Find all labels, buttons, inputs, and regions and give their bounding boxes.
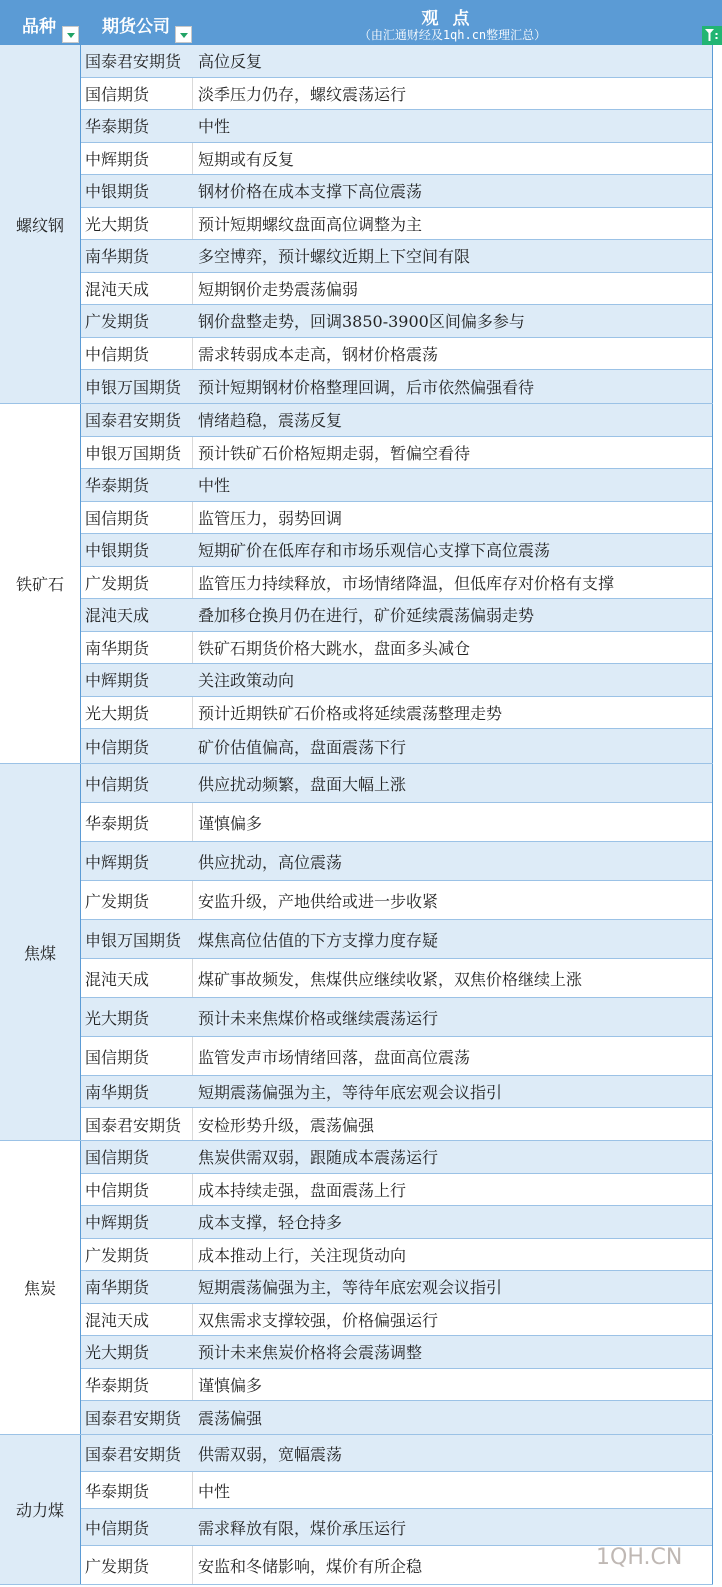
opinion-cell: 安检形势升级，震荡偏强 [193, 1113, 374, 1136]
table-row: 南华期货铁矿石期货价格大跳水，盘面多头减仓 [81, 632, 712, 665]
company-cell: 华泰期货 [81, 1369, 193, 1401]
table-row: 国泰君安期货供需双弱，宽幅震荡 [81, 1435, 712, 1472]
table-row: 国泰君安期货情绪趋稳，震荡反复 [81, 404, 712, 437]
table-row: 国信期货监管发声市场情绪回落，盘面高位震荡 [81, 1037, 712, 1076]
opinion-cell: 需求转弱成本走高，钢材价格震荡 [193, 342, 438, 365]
opinion-cell: 叠加移仓换月仍在进行，矿价延续震荡偏弱走势 [193, 603, 534, 626]
opinion-column-subtitle: （由汇通财经及1qh.cn整理汇总） [193, 26, 712, 43]
table-row: 中辉期货供应扰动，高位震荡 [81, 842, 712, 881]
category-group: 焦煤中信期货供应扰动频繁，盘面大幅上涨华泰期货谨慎偏多中辉期货供应扰动，高位震荡… [0, 764, 713, 1141]
opinion-cell: 预计短期螺纹盘面高位调整为主 [193, 212, 422, 235]
opinion-cell: 监管发声市场情绪回落，盘面高位震荡 [193, 1045, 470, 1068]
table-row: 中辉期货短期或有反复 [81, 143, 712, 176]
company-cell: 国泰君安期货 [81, 404, 193, 436]
company-cell: 广发期货 [81, 881, 193, 919]
opinion-cell: 预计短期钢材价格整理回调，后市依然偏强看待 [193, 375, 534, 398]
company-filter-dropdown-icon[interactable] [175, 26, 192, 43]
company-cell: 南华期货 [81, 240, 193, 272]
opinion-cell: 焦炭供需双弱，跟随成本震荡运行 [193, 1145, 438, 1168]
table-row: 中信期货需求转弱成本走高，钢材价格震荡 [81, 338, 712, 371]
company-cell: 中辉期货 [81, 664, 193, 696]
company-cell: 中信期货 [81, 338, 193, 370]
opinion-cell: 供应扰动，高位震荡 [193, 850, 342, 873]
table-row: 国信期货监管压力，弱势回调 [81, 502, 712, 535]
table-row: 中辉期货成本支撑，轻仓持多 [81, 1206, 712, 1239]
table-row: 国泰君安期货高位反复 [81, 45, 712, 78]
opinion-cell: 供需双弱，宽幅震荡 [193, 1442, 342, 1465]
company-cell: 华泰期货 [81, 803, 193, 841]
table-row: 光大期货预计未来焦炭价格将会震荡调整 [81, 1336, 712, 1369]
company-cell: 中信期货 [81, 729, 193, 763]
opinion-cell: 谨慎偏多 [193, 811, 262, 834]
group-rows: 国泰君安期货情绪趋稳，震荡反复申银万国期货预计铁矿石价格短期走弱，暂偏空看待华泰… [81, 404, 713, 763]
table-row: 国信期货焦炭供需双弱，跟随成本震荡运行 [81, 1141, 712, 1174]
company-cell: 广发期货 [81, 567, 193, 599]
category-filter-dropdown-icon[interactable] [62, 26, 79, 43]
opinion-cell: 中性 [193, 1479, 230, 1502]
opinion-cell: 预计近期铁矿石价格或将延续震荡整理走势 [193, 701, 502, 724]
table-row: 光大期货预计短期螺纹盘面高位调整为主 [81, 208, 712, 241]
table-row: 华泰期货谨慎偏多 [81, 803, 712, 842]
table-row: 中信期货成本持续走强，盘面震荡上行 [81, 1174, 712, 1207]
opinion-cell: 短期钢价走势震荡偏弱 [193, 277, 358, 300]
opinion-cell: 煤矿事故频发，焦煤供应继续收紧，双焦价格继续上涨 [193, 967, 582, 990]
opinion-cell: 短期震荡偏强为主，等待年底宏观会议指引 [193, 1080, 502, 1103]
table-row: 国泰君安期货安检形势升级，震荡偏强 [81, 1108, 712, 1140]
company-cell: 华泰期货 [81, 110, 193, 142]
company-cell: 光大期货 [81, 697, 193, 729]
opinion-cell: 双焦需求支撑较强，价格偏强运行 [193, 1308, 438, 1331]
table-row: 中银期货短期矿价在低库存和市场乐观信心支撑下高位震荡 [81, 534, 712, 567]
company-cell: 光大期货 [81, 1336, 193, 1368]
opinion-cell: 中性 [193, 114, 230, 137]
opinion-cell: 预计未来焦煤价格或继续震荡运行 [193, 1006, 438, 1029]
company-cell: 国泰君安期货 [81, 1435, 193, 1471]
table-row: 混沌天成叠加移仓换月仍在进行，矿价延续震荡偏弱走势 [81, 599, 712, 632]
company-cell: 光大期货 [81, 208, 193, 240]
opinion-cell: 高位反复 [193, 49, 262, 72]
table-row: 广发期货钢价盘整走势，回调3850-3900区间偏多参与 [81, 305, 712, 338]
table-header: 品种 期货公司 观点 （由汇通财经及1qh.cn整理汇总） [0, 0, 722, 45]
opinion-cell: 短期或有反复 [193, 147, 294, 170]
table-row: 光大期货预计近期铁矿石价格或将延续震荡整理走势 [81, 697, 712, 730]
opinion-cell: 关注政策动向 [193, 668, 294, 691]
opinion-cell: 监管压力持续释放，市场情绪降温，但低库存对价格有支撑 [193, 571, 614, 594]
company-cell: 中银期货 [81, 534, 193, 566]
category-cell: 螺纹钢 [0, 45, 81, 403]
category-group: 螺纹钢国泰君安期货高位反复国信期货淡季压力仍存，螺纹震荡运行华泰期货中性中辉期货… [0, 45, 713, 404]
opinion-cell: 需求释放有限，煤价承压运行 [193, 1516, 406, 1539]
opinion-cell: 中性 [193, 473, 230, 496]
category-cell: 焦煤 [0, 764, 81, 1140]
company-cell: 国泰君安期货 [81, 1401, 193, 1434]
opinion-cell: 安监和冬储影响，煤价有所企稳 [193, 1554, 422, 1577]
opinion-cell: 矿价估值偏高，盘面震荡下行 [193, 735, 406, 758]
table-row: 中银期货钢材价格在成本支撑下高位震荡 [81, 175, 712, 208]
category-column-header: 品种 [22, 12, 56, 37]
category-cell: 铁矿石 [0, 404, 81, 763]
opinion-cell: 钢价盘整走势，回调3850-3900区间偏多参与 [193, 309, 525, 332]
company-cell: 南华期货 [81, 1271, 193, 1303]
table-row: 中信期货矿价估值偏高，盘面震荡下行 [81, 729, 712, 763]
company-cell: 南华期货 [81, 1076, 193, 1107]
opinion-cell: 供应扰动频繁，盘面大幅上涨 [193, 772, 406, 795]
table-row: 中信期货需求释放有限，煤价承压运行 [81, 1509, 712, 1546]
company-cell: 国信期货 [81, 1037, 193, 1075]
table-row: 申银万国期货煤焦高位估值的下方支撑力度存疑 [81, 920, 712, 959]
opinion-cell: 安监升级，产地供给或进一步收紧 [193, 889, 438, 912]
opinion-cell: 预计铁矿石价格短期走弱，暂偏空看待 [193, 441, 470, 464]
table-row: 华泰期货中性 [81, 1472, 712, 1509]
table-row: 申银万国期货预计短期钢材价格整理回调，后市依然偏强看待 [81, 370, 712, 403]
group-rows: 中信期货供应扰动频繁，盘面大幅上涨华泰期货谨慎偏多中辉期货供应扰动，高位震荡广发… [81, 764, 713, 1140]
company-cell: 国信期货 [81, 1141, 193, 1173]
opinion-cell: 情绪趋稳，震荡反复 [193, 408, 342, 431]
company-cell: 申银万国期货 [81, 920, 193, 958]
opinion-cell: 成本持续走强，盘面震荡上行 [193, 1178, 406, 1201]
table-row: 华泰期货中性 [81, 110, 712, 143]
company-cell: 混沌天成 [81, 1304, 193, 1336]
table-row: 华泰期货谨慎偏多 [81, 1369, 712, 1402]
table-row: 华泰期货中性 [81, 469, 712, 502]
category-cell: 焦炭 [0, 1141, 81, 1434]
opinion-cell: 短期矿价在低库存和市场乐观信心支撑下高位震荡 [193, 538, 550, 561]
company-cell: 华泰期货 [81, 1472, 193, 1508]
table-row: 南华期货短期震荡偏强为主，等待年底宏观会议指引 [81, 1271, 712, 1304]
category-group: 铁矿石国泰君安期货情绪趋稳，震荡反复申银万国期货预计铁矿石价格短期走弱，暂偏空看… [0, 404, 713, 764]
company-cell: 中信期货 [81, 764, 193, 802]
table-row: 光大期货预计未来焦煤价格或继续震荡运行 [81, 998, 712, 1037]
company-cell: 南华期货 [81, 632, 193, 664]
opinion-cell: 监管压力，弱势回调 [193, 506, 342, 529]
table-row: 国信期货淡季压力仍存，螺纹震荡运行 [81, 78, 712, 111]
group-rows: 国信期货焦炭供需双弱，跟随成本震荡运行中信期货成本持续走强，盘面震荡上行中辉期货… [81, 1141, 713, 1434]
company-column-header: 期货公司 [102, 12, 170, 37]
table-row: 混沌天成煤矿事故频发，焦煤供应继续收紧，双焦价格继续上涨 [81, 959, 712, 998]
category-group: 焦炭国信期货焦炭供需双弱，跟随成本震荡运行中信期货成本持续走强，盘面震荡上行中辉… [0, 1141, 713, 1435]
opinion-cell: 预计未来焦炭价格将会震荡调整 [193, 1340, 422, 1363]
watermark: 1QH.CN [596, 1545, 682, 1570]
opinion-cell: 钢材价格在成本支撑下高位震荡 [193, 179, 422, 202]
opinions-table: 螺纹钢国泰君安期货高位反复国信期货淡季压力仍存，螺纹震荡运行华泰期货中性中辉期货… [0, 45, 713, 1585]
company-cell: 中辉期货 [81, 1206, 193, 1238]
company-cell: 中辉期货 [81, 143, 193, 175]
table-row: 南华期货短期震荡偏强为主，等待年底宏观会议指引 [81, 1076, 712, 1108]
company-cell: 华泰期货 [81, 469, 193, 501]
opinion-cell: 震荡偏强 [193, 1406, 262, 1429]
opinion-cell: 短期震荡偏强为主，等待年底宏观会议指引 [193, 1275, 502, 1298]
company-cell: 混沌天成 [81, 599, 193, 631]
opinion-cell: 成本推动上行，关注现货动向 [193, 1243, 406, 1266]
company-cell: 混沌天成 [81, 273, 193, 305]
company-cell: 国泰君安期货 [81, 45, 193, 77]
company-cell: 混沌天成 [81, 959, 193, 997]
company-cell: 中银期货 [81, 175, 193, 207]
company-cell: 申银万国期货 [81, 437, 193, 469]
table-row: 申银万国期货预计铁矿石价格短期走弱，暂偏空看待 [81, 437, 712, 470]
table-row: 南华期货多空博弈，预计螺纹近期上下空间有限 [81, 240, 712, 273]
group-rows: 国泰君安期货高位反复国信期货淡季压力仍存，螺纹震荡运行华泰期货中性中辉期货短期或… [81, 45, 713, 403]
filter-icon[interactable] [702, 26, 722, 45]
table-row: 广发期货监管压力持续释放，市场情绪降温，但低库存对价格有支撑 [81, 567, 712, 600]
company-cell: 中辉期货 [81, 842, 193, 880]
company-cell: 申银万国期货 [81, 370, 193, 403]
category-cell: 动力煤 [0, 1435, 81, 1584]
company-cell: 广发期货 [81, 1239, 193, 1271]
opinion-cell: 成本支撑，轻仓持多 [193, 1210, 342, 1233]
opinion-cell: 铁矿石期货价格大跳水，盘面多头减仓 [193, 636, 470, 659]
company-cell: 国泰君安期货 [81, 1108, 193, 1140]
company-cell: 广发期货 [81, 305, 193, 337]
opinion-cell: 谨慎偏多 [193, 1373, 262, 1396]
table-row: 广发期货成本推动上行，关注现货动向 [81, 1239, 712, 1272]
table-row: 中辉期货关注政策动向 [81, 664, 712, 697]
opinion-cell: 淡季压力仍存，螺纹震荡运行 [193, 82, 406, 105]
company-cell: 中信期货 [81, 1509, 193, 1545]
opinion-cell: 多空博弈，预计螺纹近期上下空间有限 [193, 244, 470, 267]
table-row: 中信期货供应扰动频繁，盘面大幅上涨 [81, 764, 712, 803]
company-cell: 光大期货 [81, 998, 193, 1036]
opinion-cell: 煤焦高位估值的下方支撑力度存疑 [193, 928, 438, 951]
table-row: 混沌天成短期钢价走势震荡偏弱 [81, 273, 712, 306]
company-cell: 国信期货 [81, 502, 193, 534]
company-cell: 广发期货 [81, 1546, 193, 1584]
table-row: 广发期货安监升级，产地供给或进一步收紧 [81, 881, 712, 920]
table-row: 混沌天成双焦需求支撑较强，价格偏强运行 [81, 1304, 712, 1337]
company-cell: 中信期货 [81, 1174, 193, 1206]
table-row: 国泰君安期货震荡偏强 [81, 1401, 712, 1434]
company-cell: 国信期货 [81, 78, 193, 110]
